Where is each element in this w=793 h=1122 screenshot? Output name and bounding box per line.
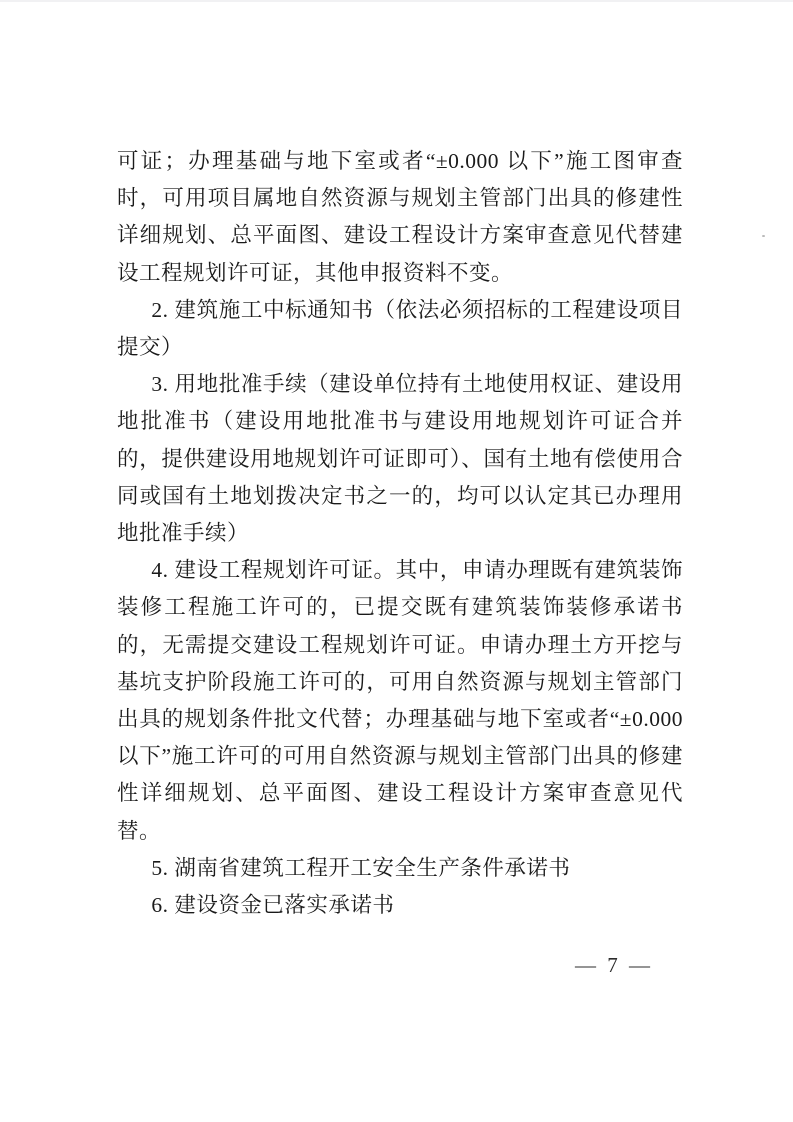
document-page: 可证；办理基础与地下室或者“±0.000 以下”施工图审查时，可用项目属地自然资… <box>0 0 793 1122</box>
paragraph: 6. 建设资金已落实承诺书 <box>117 887 683 924</box>
paragraph: 5. 湖南省建筑工程开工安全生产条件承诺书 <box>117 850 683 887</box>
paragraph: 2. 建筑施工中标通知书（依法必须招标的工程建设项目提交） <box>117 292 683 366</box>
scanned-document-page: { "page": { "number_label": "— 7 —", "ba… <box>0 0 793 1122</box>
paragraph: 可证；办理基础与地下室或者“±0.000 以下”施工图审查时，可用项目属地自然资… <box>117 143 683 292</box>
page-number: — 7 — <box>568 953 660 978</box>
paragraph: 3. 用地批准手续（建设单位持有土地使用权证、建设用地批准书（建设用地批准书与建… <box>117 366 683 552</box>
document-body: 可证；办理基础与地下室或者“±0.000 以下”施工图审查时，可用项目属地自然资… <box>117 143 683 924</box>
paragraph: 4. 建设工程规划许可证。其中，申请办理既有建筑装饰装修工程施工许可的，已提交既… <box>117 552 683 850</box>
scan-speck <box>762 235 765 237</box>
